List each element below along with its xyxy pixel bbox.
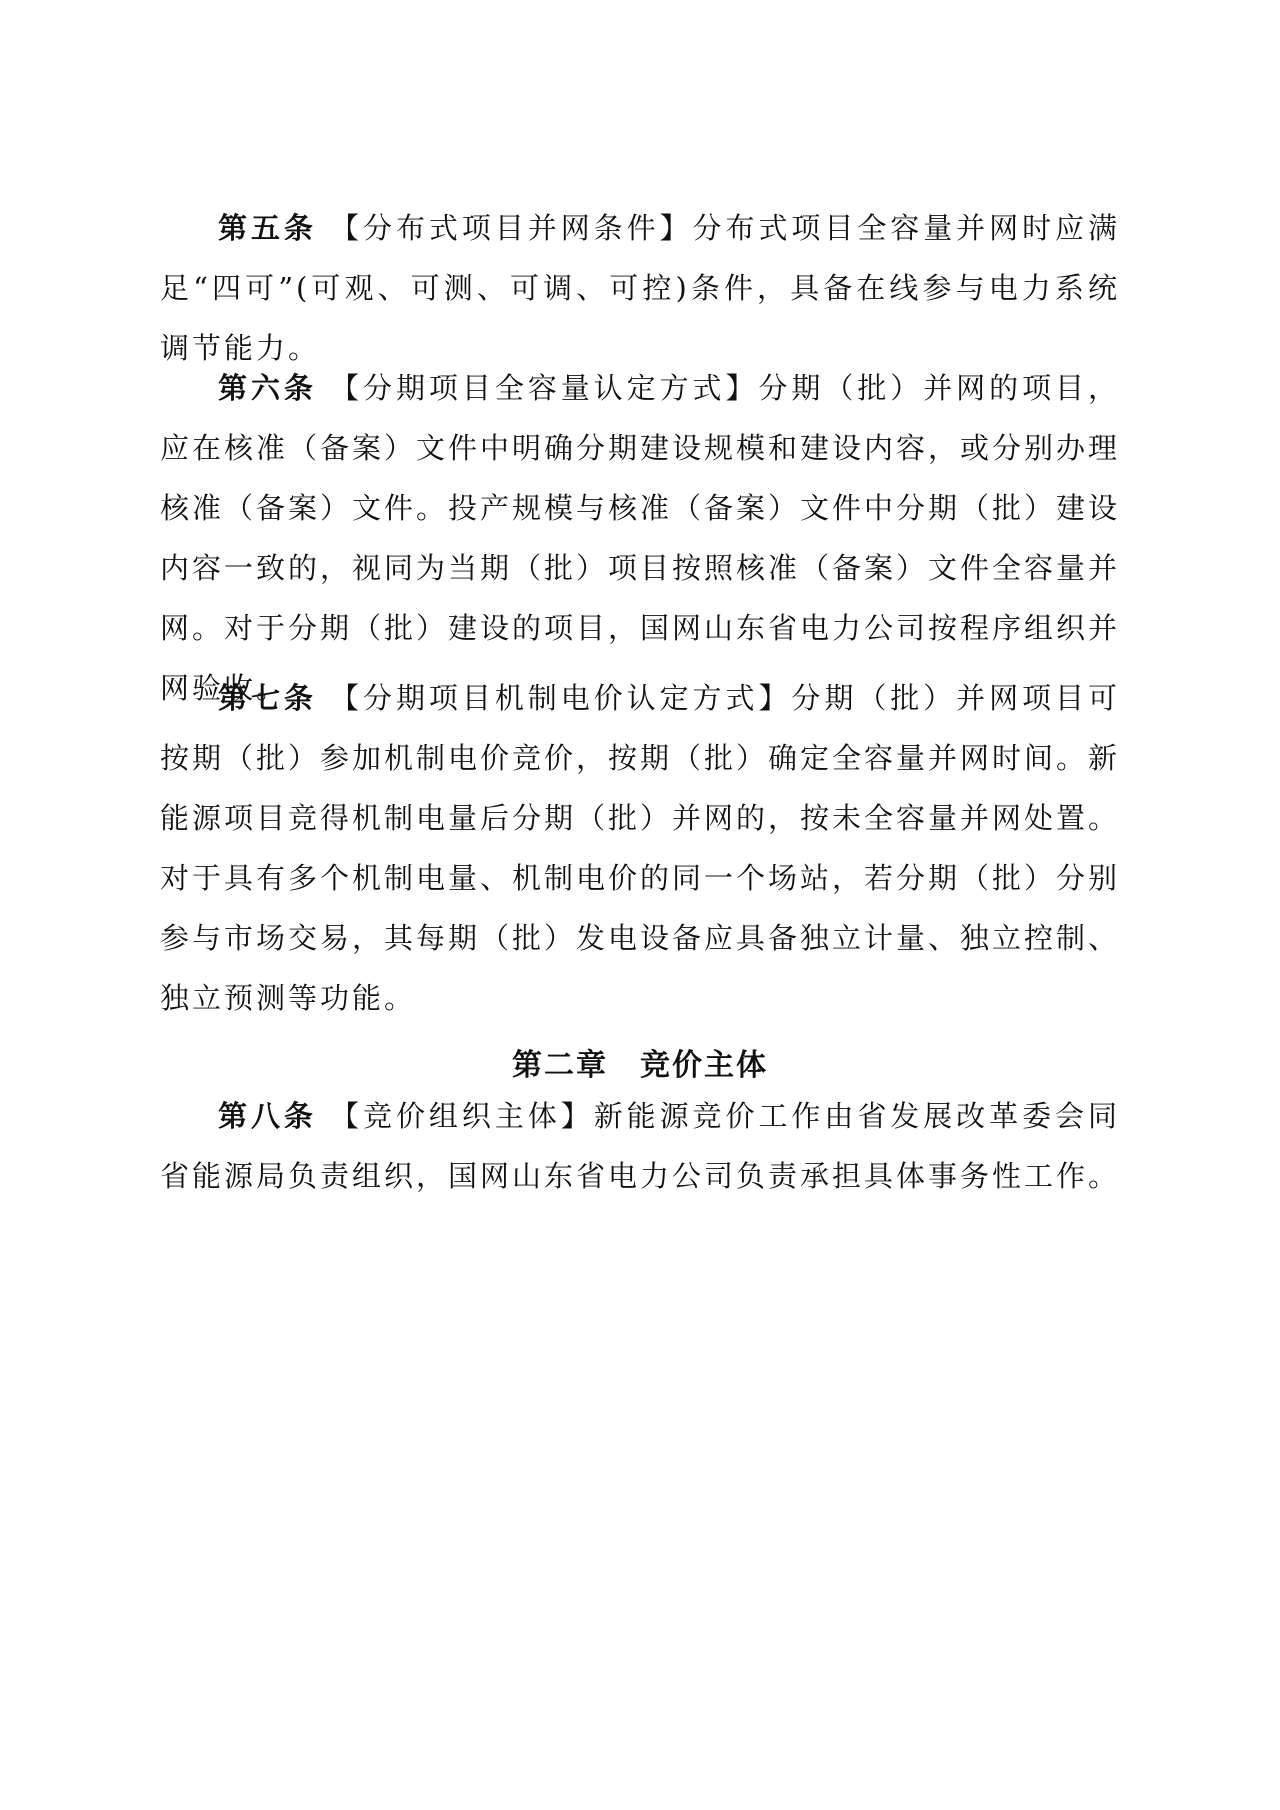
article-8: 第八条 【竞价组织主体】新能源竞价工作由省发展改革委会同省能源局负责组织，国网山… <box>160 1086 1120 1206</box>
chapter-title: 第二章 竞价主体 <box>160 1040 1120 1084</box>
article-title: 【竞价组织主体】 <box>330 1099 594 1133</box>
article-heading: 第七条 <box>218 681 317 715</box>
article-title: 【分期项目机制电价认定方式】 <box>330 681 791 715</box>
article-heading: 第八条 <box>218 1099 317 1133</box>
article-heading: 第五条 <box>218 211 317 245</box>
article-title: 【分布式项目并网条件】 <box>330 211 693 245</box>
article-body: 分期（批）并网项目可按期（批）参加机制电价竞价，按期（批）确定全容量并网时间。新… <box>160 681 1120 1015</box>
article-5: 第五条 【分布式项目并网条件】分布式项目全容量并网时应满足“四可”(可观、可测、… <box>160 198 1120 378</box>
article-body: 分期（批）并网的项目，应在核准（备案）文件中明确分期建设规模和建设内容，或分别办… <box>160 371 1120 705</box>
article-6: 第六条 【分期项目全容量认定方式】分期（批）并网的项目，应在核准（备案）文件中明… <box>160 358 1120 718</box>
article-heading: 第六条 <box>218 371 317 405</box>
article-title: 【分期项目全容量认定方式】 <box>330 371 758 405</box>
article-7: 第七条 【分期项目机制电价认定方式】分期（批）并网项目可按期（批）参加机制电价竞… <box>160 668 1120 1028</box>
